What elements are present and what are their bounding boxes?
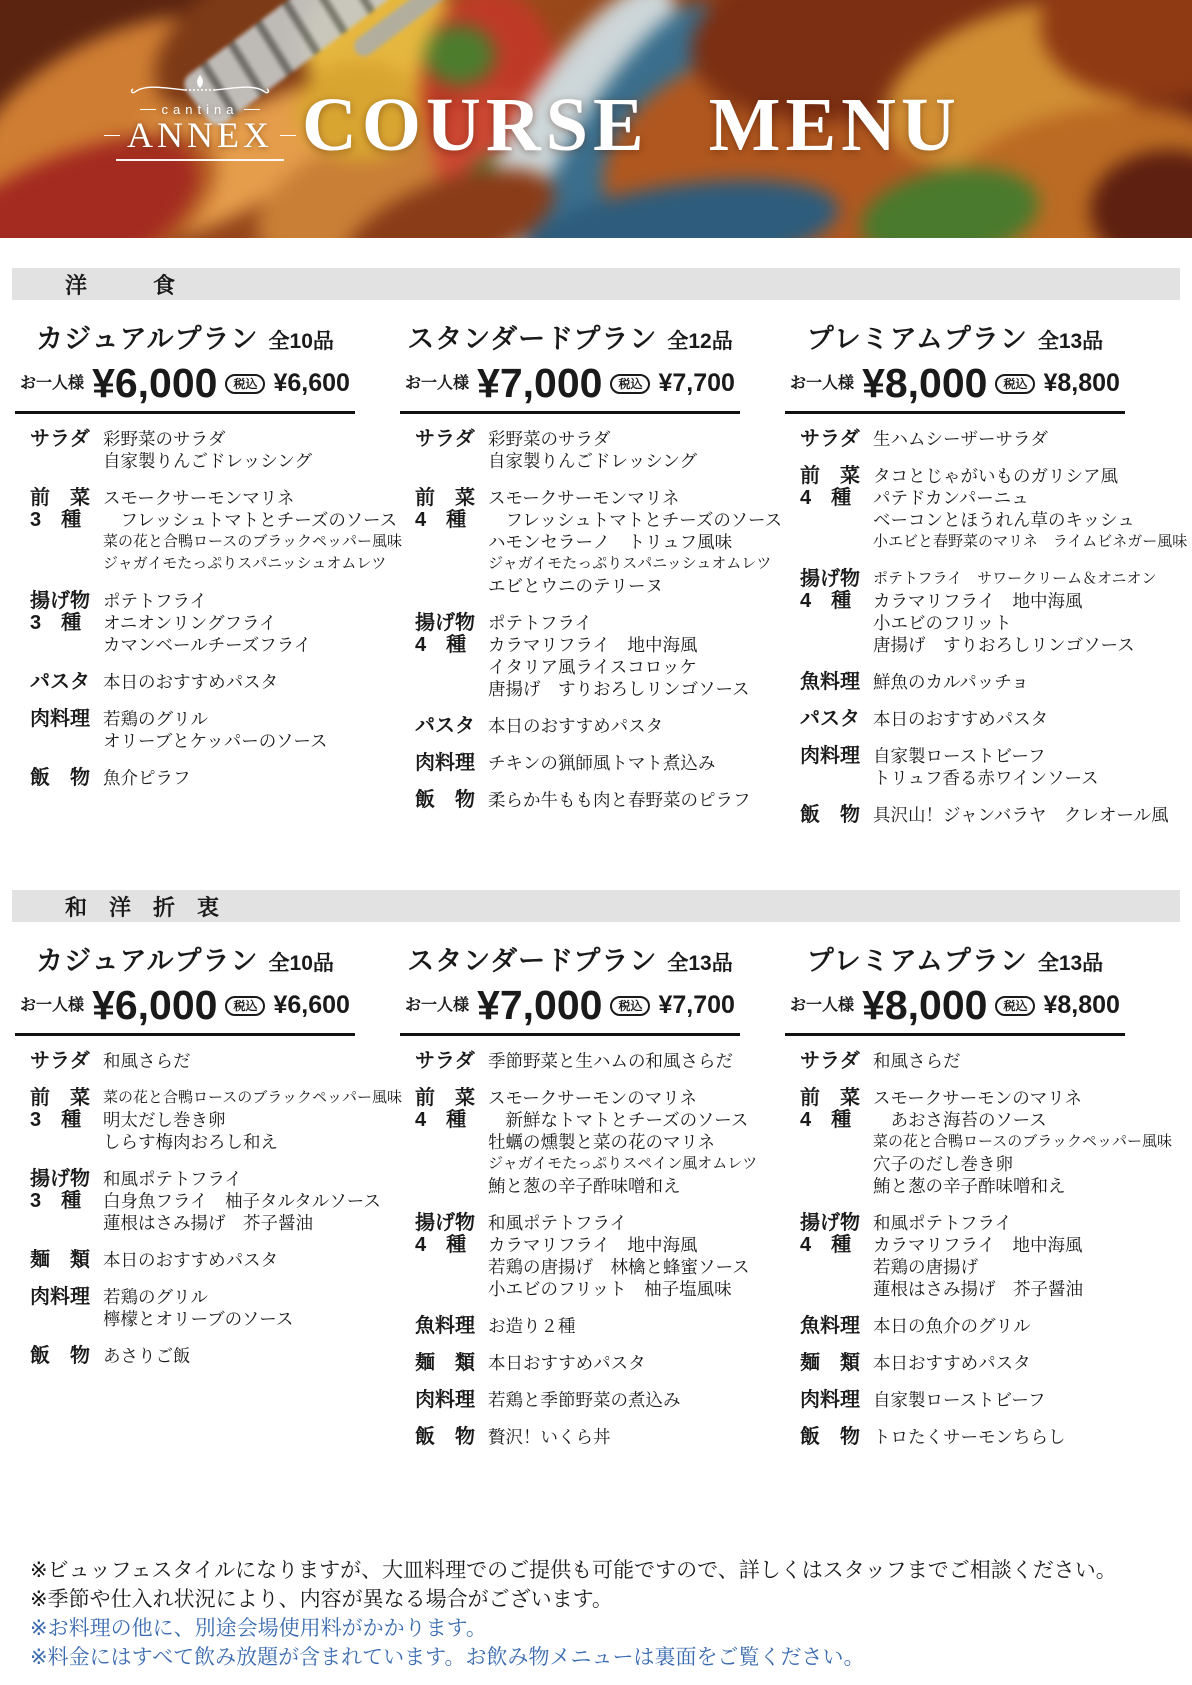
item-category-label: 前 菜4 種 (415, 487, 485, 597)
dish-line: オニオンリングフライ (103, 612, 311, 634)
item-dishes: ポテトフライオニオンリングフライカマンベールチーズフライ (103, 590, 311, 656)
item-category-label: サラダ (800, 1050, 870, 1072)
plan-price: ¥8,000 (862, 363, 987, 404)
per-person-label: お一人様 (405, 998, 469, 1014)
item-category-label: 麺 類 (415, 1352, 485, 1374)
dish-line: 鮪と葱の辛子酢味噌和え (488, 1175, 757, 1197)
item-category-line: 揚げ物 (800, 568, 870, 590)
menu-item: 魚料理鮮魚のカルパッチョ (800, 671, 1125, 693)
menu-item: 飯 物柔らか牛もも肉と春野菜のピラフ (415, 789, 740, 811)
restaurant-logo: cantina ANNEX (116, 74, 284, 161)
dish-line: 本日のおすすめパスタ (488, 715, 663, 737)
item-category-line: 揚げ物 (415, 612, 485, 634)
item-dishes: お造り２種 (488, 1315, 576, 1337)
footer-note: ※ビュッフェスタイルになりますが、大皿料理でのご提供も可能ですので、詳しくはスタ… (30, 1556, 1180, 1585)
item-category-label: パスタ (800, 708, 870, 730)
plan-title: カジュアルプラン (36, 324, 258, 354)
dish-line: 季節野菜と生ハムの和風さらだ (488, 1050, 733, 1072)
dish-line: 小エビのフリット (873, 612, 1157, 634)
section-title: 和 洋 折 衷 (65, 891, 219, 922)
dish-line: ジャガイモたっぷりスパニッシュオムレツ (488, 553, 782, 575)
dish-line: 鮪と葱の辛子酢味噌和え (873, 1175, 1172, 1197)
plan-item-count: 全10品 (269, 952, 334, 975)
dish-line: ポテトフライ サワークリーム＆オニオン (873, 568, 1157, 590)
dish-line: 牡蠣の燻製と菜の花のマリネ (488, 1131, 757, 1153)
menu-item: 肉料理若鶏のグリルオリーブとケッパーのソース (30, 708, 355, 752)
item-dishes: 和風ポテトフライカラマリフライ 地中海風若鶏の唐揚げ 林檎と蜂蜜ソース小エビのフ… (488, 1212, 750, 1300)
item-dishes: 和風ポテトフライカラマリフライ 地中海風若鶏の唐揚げ蓮根はさみ揚げ 芥子醤油 (873, 1212, 1083, 1300)
dish-line: 自家製りんごドレッシング (103, 450, 312, 472)
item-dishes: 和風さらだ (103, 1050, 191, 1072)
item-category-label: サラダ (415, 428, 485, 472)
plan-item-count: 全13品 (1038, 330, 1103, 353)
dish-line: パテドカンパーニュ (873, 487, 1187, 509)
dish-line: 穴子のだし巻き卵 (873, 1153, 1172, 1175)
dish-line: 鮮魚のカルパッチョ (873, 671, 1029, 693)
plan-column: プレミアムプラン全13品お一人様¥8,000税込¥8,800サラダ和風さらだ前 … (785, 946, 1125, 1463)
dish-line: カラマリフライ 地中海風 (488, 1234, 750, 1256)
plan-header: プレミアムプラン全13品お一人様¥8,000税込¥8,800 (785, 324, 1125, 404)
tax-included-price: ¥6,600 (273, 371, 349, 396)
plan-column: スタンダードプラン全12品お一人様¥7,000税込¥7,700サラダ彩野菜のサラ… (400, 324, 740, 841)
dish-line: スモークサーモンマリネ (103, 487, 402, 509)
dish-line: ポテトフライ (103, 590, 311, 612)
item-category-line: 4 種 (800, 487, 870, 509)
item-dishes: 本日のおすすめパスタ (488, 715, 663, 737)
dish-line: 新鮮なトマトとチーズのソース (488, 1109, 757, 1131)
menu-item: サラダ生ハムシーザーサラダ (800, 428, 1125, 450)
plan-price: ¥6,000 (92, 363, 217, 404)
dish-line: 菜の花と合鴨ロースのブラックペッパー風味 (873, 1131, 1172, 1153)
dish-line: 明太だし巻き卵 (103, 1109, 402, 1131)
item-category-line: 3 種 (30, 1109, 100, 1131)
item-category-line: サラダ (30, 1050, 100, 1072)
menu-item: 肉料理若鶏のグリル檸檬とオリーブのソース (30, 1286, 355, 1330)
dish-line: ハモンセラーノ トリュフ風味 (488, 531, 782, 553)
dish-line: スモークサーモンのマリネ (488, 1087, 757, 1109)
plan-title: スタンダードプラン (407, 946, 657, 976)
menu-item: 麺 類本日おすすめパスタ (415, 1352, 740, 1374)
menu-item: 揚げ物3 種ポテトフライオニオンリングフライカマンベールチーズフライ (30, 590, 355, 656)
menu-item: 前 菜3 種菜の花と合鴨ロースのブラックペッパー風味明太だし巻き卵しらす梅肉おろ… (30, 1087, 355, 1153)
dish-line: 小エビと春野菜のマリネ ライムビネガー風味 (873, 531, 1187, 553)
menu-item: 飯 物魚介ピラフ (30, 767, 355, 789)
item-category-line: 魚料理 (800, 671, 870, 693)
plan-title: プレミアムプラン (807, 324, 1028, 354)
plan-price: ¥8,000 (862, 985, 987, 1026)
item-dishes: 若鶏と季節野菜の煮込み (488, 1389, 681, 1411)
item-category-line: 前 菜 (30, 487, 100, 509)
item-dishes: 本日おすすめパスタ (873, 1352, 1031, 1374)
item-category-label: 肉料理 (30, 1286, 100, 1330)
divider-rule (785, 1033, 1125, 1036)
item-category-line: 飯 物 (30, 767, 100, 789)
dish-line: しらす梅肉おろし和え (103, 1131, 402, 1153)
item-category-line: パスタ (30, 671, 100, 693)
item-category-line: 肉料理 (30, 708, 100, 730)
item-category-line: 3 種 (30, 509, 100, 531)
dish-line: カマンベールチーズフライ (103, 634, 311, 656)
plan-column: カジュアルプラン全10品お一人様¥6,000税込¥6,600サラダ和風さらだ前 … (15, 946, 355, 1463)
dish-line: 本日のおすすめパスタ (103, 1249, 278, 1271)
menu-item: 飯 物あさりご飯 (30, 1345, 355, 1367)
dish-line: 和風ポテトフライ (488, 1212, 750, 1234)
dish-line: カラマリフライ 地中海風 (488, 634, 750, 656)
dish-line: 具沢山！ジャンバラヤ クレオール風 (873, 804, 1169, 826)
plan-title-row: プレミアムプラン全13品 (785, 324, 1125, 359)
item-category-label: 前 菜4 種 (800, 1087, 870, 1197)
section-title: 洋 食 (65, 269, 175, 300)
item-dishes: 自家製ローストビーフ (873, 1389, 1046, 1411)
plan-price-row: お一人様¥8,000税込¥8,800 (785, 363, 1125, 404)
header-photo: cantina ANNEX COURSE MENU (0, 0, 1192, 238)
item-category-line: 4 種 (415, 634, 485, 656)
menu-item: サラダ彩野菜のサラダ自家製りんごドレッシング (415, 428, 740, 472)
plans-row: カジュアルプラン全10品お一人様¥6,000税込¥6,600サラダ彩野菜のサラダ… (12, 324, 1180, 841)
item-category-label: サラダ (30, 428, 100, 472)
plan-title-row: スタンダードプラン全13品 (400, 946, 740, 981)
item-category-label: 揚げ物4 種 (800, 568, 870, 656)
item-category-label: パスタ (415, 715, 485, 737)
item-category-label: 魚料理 (800, 671, 870, 693)
item-category-line: 前 菜 (800, 1087, 870, 1109)
item-dishes: 本日のおすすめパスタ (873, 708, 1048, 730)
item-category-label: 肉料理 (800, 745, 870, 789)
dish-line: フレッシュトマトとチーズのソース (488, 509, 782, 531)
item-category-label: 肉料理 (415, 1389, 485, 1411)
menu-section: 和 洋 折 衷カジュアルプラン全10品お一人様¥6,000税込¥6,600サラダ… (12, 890, 1180, 1463)
item-category-label: 魚料理 (415, 1315, 485, 1337)
dish-line: 菜の花と合鴨ロースのブラックペッパー風味 (103, 531, 402, 553)
item-category-line: 飯 物 (800, 1426, 870, 1448)
item-category-line: 4 種 (415, 1234, 485, 1256)
item-dishes: 贅沢！いくら丼 (488, 1426, 611, 1448)
logo-name: ANNEX (116, 117, 284, 155)
item-category-label: 揚げ物3 種 (30, 1168, 100, 1234)
dish-line: 菜の花と合鴨ロースのブラックペッパー風味 (103, 1087, 402, 1109)
dish-line: イタリア風ライスコロッケ (488, 656, 750, 678)
dish-line: カラマリフライ 地中海風 (873, 590, 1157, 612)
plan-item-count: 全13品 (1038, 952, 1103, 975)
item-dishes: 本日のおすすめパスタ (103, 1249, 278, 1271)
menu-item: 魚料理本日の魚介のグリル (800, 1315, 1125, 1337)
item-category-line: サラダ (415, 1050, 485, 1072)
item-category-label: 飯 物 (30, 767, 100, 789)
logo-flourish-icon (116, 74, 284, 100)
item-dishes: あさりご飯 (103, 1345, 191, 1367)
item-dishes: 魚介ピラフ (103, 767, 191, 789)
menu-item: 揚げ物4 種ポテトフライカラマリフライ 地中海風イタリア風ライスコロッケ唐揚げ … (415, 612, 740, 700)
tax-included-price: ¥7,700 (658, 371, 734, 396)
item-category-label: 前 菜3 種 (30, 1087, 100, 1153)
tax-included-badge: 税込 (995, 996, 1035, 1016)
dish-line: 白身魚フライ 柚子タルタルソース (103, 1190, 381, 1212)
menu-item: サラダ彩野菜のサラダ自家製りんごドレッシング (30, 428, 355, 472)
plan-price: ¥7,000 (477, 363, 602, 404)
dish-line: 和風さらだ (873, 1050, 961, 1072)
item-category-line: サラダ (800, 1050, 870, 1072)
menu-item: パスタ本日のおすすめパスタ (30, 671, 355, 693)
divider-rule (400, 411, 740, 414)
item-category-line: サラダ (415, 428, 485, 450)
item-category-line: 肉料理 (800, 1389, 870, 1411)
plan-price-row: お一人様¥8,000税込¥8,800 (785, 985, 1125, 1026)
tax-included-price: ¥7,700 (658, 993, 734, 1018)
dish-line: 和風ポテトフライ (873, 1212, 1083, 1234)
menu-item: 麺 類本日おすすめパスタ (800, 1352, 1125, 1374)
item-dishes: 自家製ローストビーフトリュフ香る赤ワインソース (873, 745, 1099, 789)
footer-note: ※料金にはすべて飲み放題が含まれています。お飲み物メニューは裏面をご覧ください。 (30, 1643, 1180, 1672)
dish-line: 若鶏のグリル (103, 708, 328, 730)
dish-line: 若鶏のグリル (103, 1286, 293, 1308)
item-category-label: 飯 物 (30, 1345, 100, 1367)
plan-item-count: 全12品 (667, 330, 732, 353)
per-person-label: お一人様 (20, 376, 84, 392)
menu-item: 揚げ物3 種和風ポテトフライ白身魚フライ 柚子タルタルソース蓮根はさみ揚げ 芥子… (30, 1168, 355, 1234)
dish-line: フレッシュトマトとチーズのソース (103, 509, 402, 531)
item-category-label: 麺 類 (30, 1249, 100, 1271)
item-category-line: 4 種 (415, 1109, 485, 1131)
plans-row: カジュアルプラン全10品お一人様¥6,000税込¥6,600サラダ和風さらだ前 … (12, 946, 1180, 1463)
section-header: 和 洋 折 衷 (12, 890, 1180, 922)
divider-rule (15, 411, 355, 414)
item-category-line: 魚料理 (800, 1315, 870, 1337)
plan-price-row: お一人様¥7,000税込¥7,700 (400, 985, 740, 1026)
logo-underline (116, 159, 284, 161)
item-category-label: 前 菜4 種 (800, 465, 870, 553)
item-dishes: 彩野菜のサラダ自家製りんごドレッシング (103, 428, 312, 472)
item-dishes: ポテトフライ サワークリーム＆オニオンカラマリフライ 地中海風小エビのフリット唐… (873, 568, 1157, 656)
item-category-line: 4 種 (415, 509, 485, 531)
per-person-label: お一人様 (790, 998, 854, 1014)
menu-item-list: サラダ生ハムシーザーサラダ前 菜4 種タコとじゃがいものガリシア風パテドカンパー… (785, 428, 1125, 826)
plan-header: スタンダードプラン全12品お一人様¥7,000税込¥7,700 (400, 324, 740, 404)
item-category-line: 肉料理 (415, 1389, 485, 1411)
dish-line: エビとウニのテリーヌ (488, 575, 782, 597)
item-dishes: スモークサーモンマリネ フレッシュトマトとチーズのソース菜の花と合鴨ロースのブラ… (103, 487, 402, 575)
item-category-line: 飯 物 (800, 804, 870, 826)
item-dishes: トロたくサーモンちらし (873, 1426, 1066, 1448)
tax-included-price: ¥8,800 (1043, 993, 1119, 1018)
item-dishes: ポテトフライカラマリフライ 地中海風イタリア風ライスコロッケ唐揚げ すりおろしリ… (488, 612, 750, 700)
item-dishes: 季節野菜と生ハムの和風さらだ (488, 1050, 733, 1072)
plan-header: プレミアムプラン全13品お一人様¥8,000税込¥8,800 (785, 946, 1125, 1026)
item-category-line: 飯 物 (415, 1426, 485, 1448)
dish-line: ベーコンとほうれん草のキッシュ (873, 509, 1187, 531)
item-category-line: 揚げ物 (800, 1212, 870, 1234)
plan-price-row: お一人様¥6,000税込¥6,600 (15, 363, 355, 404)
item-category-label: 揚げ物4 種 (415, 612, 485, 700)
plan-title-row: スタンダードプラン全12品 (400, 324, 740, 359)
tax-included-price: ¥6,600 (273, 993, 349, 1018)
item-category-line: パスタ (415, 715, 485, 737)
item-category-line: 前 菜 (415, 487, 485, 509)
plan-column: プレミアムプラン全13品お一人様¥8,000税込¥8,800サラダ生ハムシーザー… (785, 324, 1125, 841)
dish-line: タコとじゃがいものガリシア風 (873, 465, 1187, 487)
footer-notes: ※ビュッフェスタイルになりますが、大皿料理でのご提供も可能ですので、詳しくはスタ… (30, 1556, 1180, 1672)
dish-line: 彩野菜のサラダ (488, 428, 697, 450)
dish-line: ポテトフライ (488, 612, 750, 634)
dish-line: 唐揚げ すりおろしリンゴソース (873, 634, 1157, 656)
menu-section: 洋 食カジュアルプラン全10品お一人様¥6,000税込¥6,600サラダ彩野菜の… (12, 268, 1180, 841)
menu-item: 肉料理自家製ローストビーフ (800, 1389, 1125, 1411)
item-dishes: 柔らか牛もも肉と春野菜のピラフ (488, 789, 751, 811)
menu-item: 飯 物トロたくサーモンちらし (800, 1426, 1125, 1448)
item-category-label: 揚げ物3 種 (30, 590, 100, 656)
item-dishes: 若鶏のグリルオリーブとケッパーのソース (103, 708, 328, 752)
item-category-line: 前 菜 (30, 1087, 100, 1109)
dish-line: スモークサーモンのマリネ (873, 1087, 1172, 1109)
item-category-line: 肉料理 (800, 745, 870, 767)
menu-item-list: サラダ和風さらだ前 菜4 種スモークサーモンのマリネ あおさ海苔のソース菜の花と… (785, 1050, 1125, 1448)
divider-rule (785, 411, 1125, 414)
item-category-label: 前 菜4 種 (415, 1087, 485, 1197)
item-category-label: 肉料理 (415, 752, 485, 774)
item-category-label: 魚料理 (800, 1315, 870, 1337)
dish-line: お造り２種 (488, 1315, 576, 1337)
dish-line: 小エビのフリット 柚子塩風味 (488, 1278, 750, 1300)
item-dishes: 本日おすすめパスタ (488, 1352, 646, 1374)
item-dishes: 鮮魚のカルパッチョ (873, 671, 1029, 693)
menu-item: 肉料理チキンの猟師風トマト煮込み (415, 752, 740, 774)
dish-line: 本日の魚介のグリル (873, 1315, 1031, 1337)
dish-line: 和風さらだ (103, 1050, 191, 1072)
tax-included-badge: 税込 (225, 996, 265, 1016)
menu-item: 魚料理お造り２種 (415, 1315, 740, 1337)
item-dishes: 具沢山！ジャンバラヤ クレオール風 (873, 804, 1169, 826)
item-dishes: 彩野菜のサラダ自家製りんごドレッシング (488, 428, 697, 472)
divider-rule (400, 1033, 740, 1036)
item-category-line: 揚げ物 (30, 1168, 100, 1190)
menu-item: 肉料理自家製ローストビーフトリュフ香る赤ワインソース (800, 745, 1125, 789)
menu-item: サラダ和風さらだ (30, 1050, 355, 1072)
item-category-line: 肉料理 (30, 1286, 100, 1308)
menu-item: 揚げ物4 種和風ポテトフライカラマリフライ 地中海風若鶏の唐揚げ 林檎と蜂蜜ソー… (415, 1212, 740, 1300)
plan-column: スタンダードプラン全13品お一人様¥7,000税込¥7,700サラダ季節野菜と生… (400, 946, 740, 1463)
menu-item: 麺 類本日のおすすめパスタ (30, 1249, 355, 1271)
per-person-label: お一人様 (790, 376, 854, 392)
menu-item: サラダ和風さらだ (800, 1050, 1125, 1072)
menu-item: 前 菜4 種スモークサーモンのマリネ 新鮮なトマトとチーズのソース牡蠣の燻製と菜… (415, 1087, 740, 1197)
item-category-line: サラダ (30, 428, 100, 450)
item-dishes: 菜の花と合鴨ロースのブラックペッパー風味明太だし巻き卵しらす梅肉おろし和え (103, 1087, 402, 1153)
item-category-line: 4 種 (800, 590, 870, 612)
menu-item: 前 菜4 種スモークサーモンのマリネ あおさ海苔のソース菜の花と合鴨ロースのブラ… (800, 1087, 1125, 1197)
dish-line: 自家製りんごドレッシング (488, 450, 697, 472)
per-person-label: お一人様 (20, 998, 84, 1014)
dish-line: 唐揚げ すりおろしリンゴソース (488, 678, 750, 700)
dish-line: 檸檬とオリーブのソース (103, 1308, 293, 1330)
item-category-line: 揚げ物 (30, 590, 100, 612)
item-category-line: 前 菜 (415, 1087, 485, 1109)
item-dishes: チキンの猟師風トマト煮込み (488, 752, 715, 774)
menu-item-list: サラダ季節野菜と生ハムの和風さらだ前 菜4 種スモークサーモンのマリネ 新鮮なト… (400, 1050, 740, 1448)
tax-included-badge: 税込 (610, 996, 650, 1016)
plan-price-row: お一人様¥6,000税込¥6,600 (15, 985, 355, 1026)
dish-line: あおさ海苔のソース (873, 1109, 1172, 1131)
item-dishes: 和風さらだ (873, 1050, 961, 1072)
tax-included-badge: 税込 (610, 374, 650, 394)
item-dishes: 生ハムシーザーサラダ (873, 428, 1048, 450)
item-category-line: 揚げ物 (415, 1212, 485, 1234)
item-dishes: スモークサーモンのマリネ あおさ海苔のソース菜の花と合鴨ロースのブラックペッパー… (873, 1087, 1172, 1197)
plan-header: カジュアルプラン全10品お一人様¥6,000税込¥6,600 (15, 324, 355, 404)
dish-line: 和風ポテトフライ (103, 1168, 381, 1190)
dish-line: 本日のおすすめパスタ (103, 671, 278, 693)
menu-item: 揚げ物4 種ポテトフライ サワークリーム＆オニオンカラマリフライ 地中海風小エビ… (800, 568, 1125, 656)
dish-line: 贅沢！いくら丼 (488, 1426, 611, 1448)
page-title: COURSE MENU (302, 82, 962, 169)
dish-line: トリュフ香る赤ワインソース (873, 767, 1099, 789)
item-category-label: 飯 物 (800, 804, 870, 826)
dish-line: カラマリフライ 地中海風 (873, 1234, 1083, 1256)
tax-included-price: ¥8,800 (1043, 371, 1119, 396)
item-category-line: 麺 類 (30, 1249, 100, 1271)
item-dishes: スモークサーモンマリネ フレッシュトマトとチーズのソースハモンセラーノ トリュフ… (488, 487, 782, 597)
item-category-label: 飯 物 (415, 789, 485, 811)
dish-line: 蓮根はさみ揚げ 芥子醤油 (103, 1212, 381, 1234)
plan-price: ¥6,000 (92, 985, 217, 1026)
plan-title-row: カジュアルプラン全10品 (15, 946, 355, 981)
plan-price-row: お一人様¥7,000税込¥7,700 (400, 363, 740, 404)
dish-line: 自家製ローストビーフ (873, 745, 1099, 767)
item-category-label: 飯 物 (415, 1426, 485, 1448)
item-category-line: 3 種 (30, 612, 100, 634)
dish-line: 若鶏の唐揚げ (873, 1256, 1083, 1278)
item-dishes: タコとじゃがいものガリシア風パテドカンパーニュベーコンとほうれん草のキッシュ小エ… (873, 465, 1187, 553)
menu-item: パスタ本日のおすすめパスタ (415, 715, 740, 737)
item-category-line: 飯 物 (415, 789, 485, 811)
item-category-line: 飯 物 (30, 1345, 100, 1367)
item-category-line: 4 種 (800, 1234, 870, 1256)
menu-item: 前 菜4 種スモークサーモンマリネ フレッシュトマトとチーズのソースハモンセラー… (415, 487, 740, 597)
section-header: 洋 食 (12, 268, 1180, 300)
item-category-label: 揚げ物4 種 (800, 1212, 870, 1300)
item-dishes: 和風ポテトフライ白身魚フライ 柚子タルタルソース蓮根はさみ揚げ 芥子醤油 (103, 1168, 381, 1234)
menu-item-list: サラダ彩野菜のサラダ自家製りんごドレッシング前 菜4 種スモークサーモンマリネ … (400, 428, 740, 811)
item-category-line: 前 菜 (800, 465, 870, 487)
item-category-label: 揚げ物4 種 (415, 1212, 485, 1300)
menu-item: 肉料理若鶏と季節野菜の煮込み (415, 1389, 740, 1411)
dish-line: 若鶏の唐揚げ 林檎と蜂蜜ソース (488, 1256, 750, 1278)
item-category-line: 4 種 (800, 1109, 870, 1131)
item-category-line: パスタ (800, 708, 870, 730)
item-category-line: 麺 類 (800, 1352, 870, 1374)
item-category-line: 魚料理 (415, 1315, 485, 1337)
dish-line: チキンの猟師風トマト煮込み (488, 752, 715, 774)
divider-rule (15, 1033, 355, 1036)
plan-title: プレミアムプラン (807, 946, 1028, 976)
menu-item-list: サラダ和風さらだ前 菜3 種菜の花と合鴨ロースのブラックペッパー風味明太だし巻き… (15, 1050, 355, 1367)
menu-item: サラダ季節野菜と生ハムの和風さらだ (415, 1050, 740, 1072)
plan-title-row: プレミアムプラン全13品 (785, 946, 1125, 981)
plan-price: ¥7,000 (477, 985, 602, 1026)
menu-item: 前 菜3 種スモークサーモンマリネ フレッシュトマトとチーズのソース菜の花と合鴨… (30, 487, 355, 575)
plan-item-count: 全13品 (667, 952, 732, 975)
tax-included-badge: 税込 (995, 374, 1035, 394)
menu-item: パスタ本日のおすすめパスタ (800, 708, 1125, 730)
dish-line: 生ハムシーザーサラダ (873, 428, 1048, 450)
item-category-label: サラダ (800, 428, 870, 450)
dish-line: 若鶏と季節野菜の煮込み (488, 1389, 681, 1411)
dish-line: 本日おすすめパスタ (488, 1352, 646, 1374)
dish-line: 蓮根はさみ揚げ 芥子醤油 (873, 1278, 1083, 1300)
item-dishes: 若鶏のグリル檸檬とオリーブのソース (103, 1286, 293, 1330)
item-category-label: サラダ (415, 1050, 485, 1072)
course-menu-page: cantina ANNEX COURSE MENU 洋 食カジュアルプラン全10… (0, 0, 1192, 1685)
item-dishes: スモークサーモンのマリネ 新鮮なトマトとチーズのソース牡蠣の燻製と菜の花のマリネ… (488, 1087, 757, 1197)
dish-line: 柔らか牛もも肉と春野菜のピラフ (488, 789, 751, 811)
